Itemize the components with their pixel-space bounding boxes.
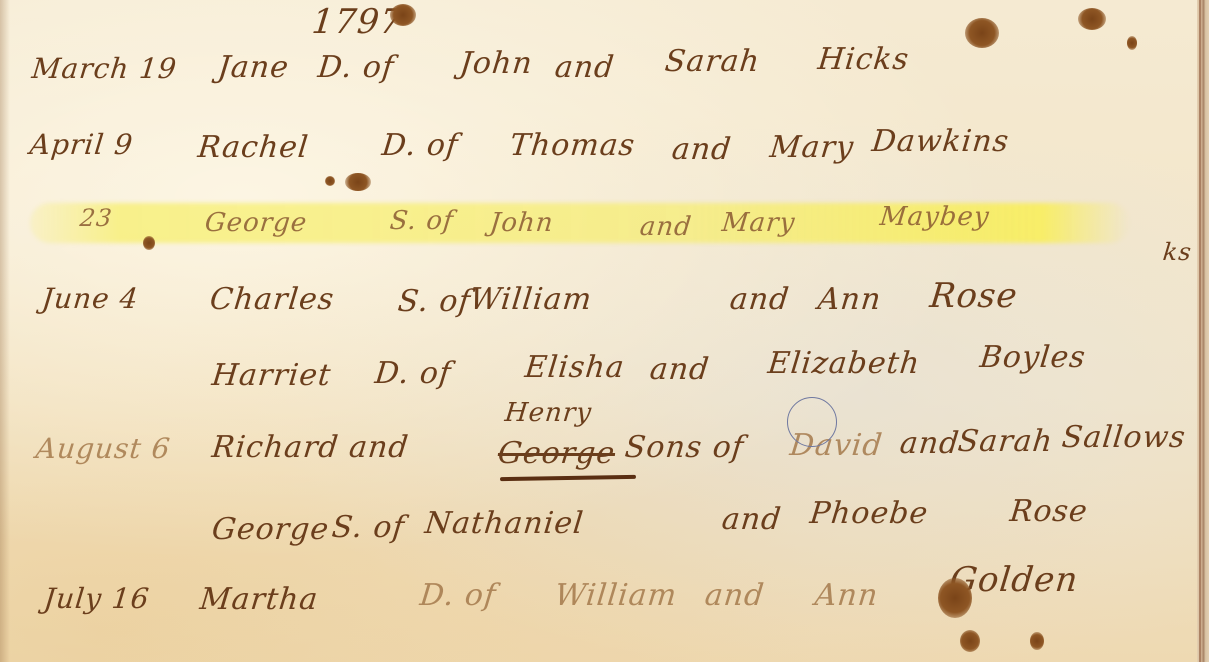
ink-blot [1030, 632, 1044, 650]
entry-child: George [210, 512, 331, 547]
entry-mother: Mary [720, 208, 796, 238]
entry-father: William [553, 578, 679, 613]
entry-surname: Maybey [878, 202, 991, 232]
entry-surname: Rose [928, 276, 1020, 316]
ink-blot [960, 630, 980, 652]
entry-mother: Ann [816, 282, 883, 317]
entry-child: Rachel [196, 130, 310, 165]
entry-father: Thomas [508, 128, 637, 163]
entry-relation: D. of [316, 50, 396, 85]
entry-father: Nathaniel [423, 506, 585, 541]
entry-relation: S. of [396, 284, 472, 319]
entry-mother: Sarah [956, 424, 1055, 459]
entry-surname: Dawkins [870, 124, 1011, 159]
entry-child: Jane [216, 50, 291, 85]
ink-blot [1127, 36, 1137, 50]
entry-relation: S. of [388, 206, 455, 236]
entry-relation: Sons of [623, 430, 746, 465]
entry-conj: and [670, 132, 733, 167]
ink-blot [143, 236, 155, 250]
ink-blot [965, 18, 999, 48]
entry-conj: and [720, 502, 783, 537]
entry-father: Elisha [523, 350, 626, 385]
entry-surname: Sallows [1060, 420, 1187, 455]
entry-mother: Sarah [663, 44, 762, 79]
entry-child: George [203, 208, 308, 238]
entry-child-struck: George [496, 436, 617, 471]
entry-date: July 16 [42, 582, 151, 615]
insertion-underline [500, 475, 636, 481]
entry-relation: S. of [330, 510, 406, 545]
ink-blot [390, 4, 416, 26]
register-page: 1797 March 19 Jane D. of John and Sarah … [0, 0, 1209, 662]
entry-relation: D. of [373, 356, 453, 391]
entry-date: August 6 [34, 432, 172, 465]
entry-child: Harriet [210, 358, 333, 393]
entry-child: Charles [208, 282, 336, 317]
entry-child: Richard and [210, 430, 410, 465]
page-edge-shadow [0, 0, 10, 662]
entry-child: Martha [198, 582, 320, 617]
entry-conj: and [728, 282, 791, 317]
ink-blot [325, 176, 335, 186]
entry-surname: Boyles [978, 340, 1087, 375]
entry-father: John [458, 46, 534, 81]
entry-father: William [468, 282, 594, 317]
entry-child-insertion: Henry [503, 398, 593, 428]
entry-mother: Phoebe [808, 496, 930, 531]
entry-date: 23 [79, 204, 114, 232]
ink-blot [1078, 8, 1106, 30]
entry-conj: and [553, 50, 616, 85]
margin-note: ks [1162, 238, 1194, 266]
entry-date: April 9 [28, 128, 135, 161]
entry-relation: D. of [380, 128, 460, 163]
entry-conj: and [703, 578, 766, 613]
entry-conj: and [648, 352, 711, 387]
entry-mother: Ann [813, 578, 880, 613]
ink-blot [345, 173, 371, 191]
entry-surname: Hicks [816, 42, 911, 77]
year-heading: 1797 [310, 2, 405, 42]
entry-surname: Rose [1008, 494, 1089, 529]
entry-date: June 4 [40, 282, 140, 315]
ink-blot [938, 578, 972, 618]
entry-conj: and [638, 212, 693, 242]
binding-edge-line [1199, 0, 1201, 662]
entry-mother: Mary [768, 130, 856, 165]
entry-date: March 19 [30, 52, 178, 85]
entry-mother: Elizabeth [766, 346, 922, 381]
entry-relation: D. of [418, 578, 498, 613]
entry-conj: and [898, 426, 961, 461]
cursor-ring-indicator [787, 397, 837, 447]
entry-father: John [488, 208, 555, 238]
